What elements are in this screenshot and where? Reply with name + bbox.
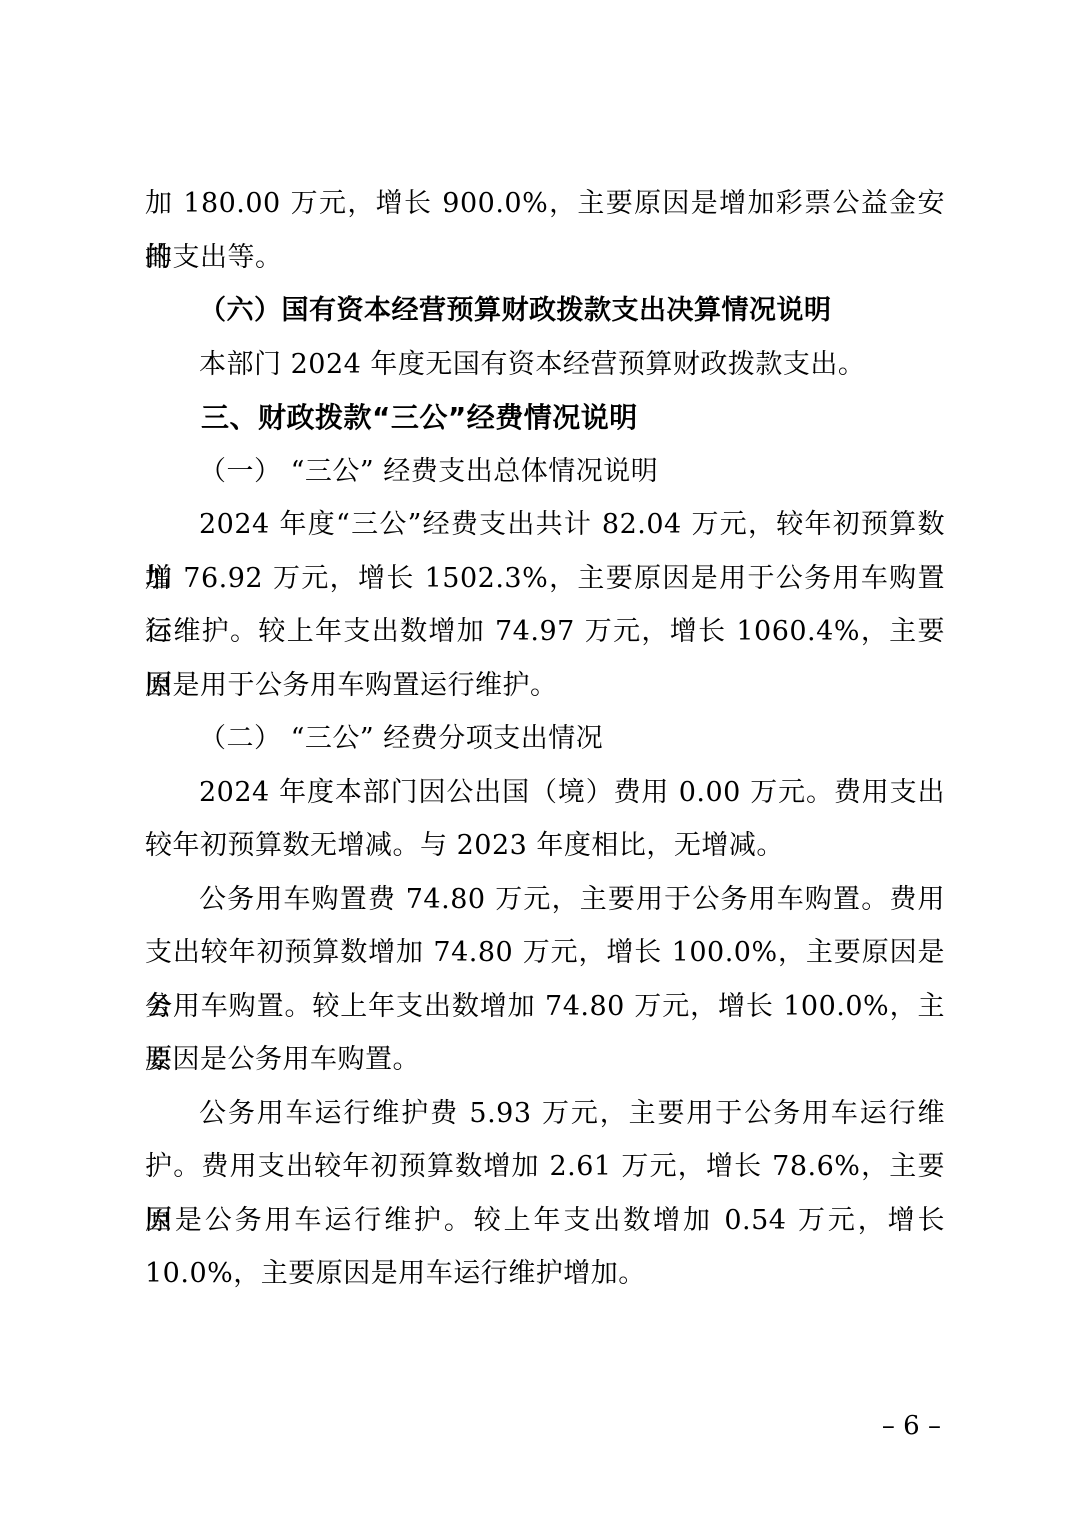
document-page: 加 180.00 万元，增长 900.0%，主要原因是增加彩票公益金安排的支出等…: [0, 0, 1075, 1520]
text-line: 三、财政拨款“三公”经费情况说明: [145, 391, 945, 445]
text-line: 因是公务用车运行维护。较上年支出数增加 0.54 万元，增长: [145, 1194, 945, 1248]
page-number: – 6 –: [882, 1410, 941, 1443]
text-line: 10.0%，主要原因是用车运行维护增加。: [145, 1247, 945, 1301]
text-line: 2024 年度“三公”经费支出共计 82.04 万元，较年初预算数增: [145, 498, 945, 552]
text-line: 加 76.92 万元，增长 1502.3%，主要原因是用于公务用车购置运: [145, 552, 945, 606]
text-line: 行维护。较上年支出数增加 74.97 万元，增长 1060.4%，主要原: [145, 605, 945, 659]
text-line: 公务用车购置费 74.80 万元，主要用于公务用车购置。费用: [145, 873, 945, 927]
text-line: 本部门 2024 年度无国有资本经营预算财政拨款支出。: [145, 338, 945, 392]
text-line: 的支出等。: [145, 231, 945, 285]
text-line: 因是用于公务用车购置运行维护。: [145, 659, 945, 713]
text-line: 2024 年度本部门因公出国（境）费用 0.00 万元。费用支出: [145, 766, 945, 820]
document-body: 加 180.00 万元，增长 900.0%，主要原因是增加彩票公益金安排的支出等…: [145, 177, 945, 1301]
text-line: 务用车购置。较上年支出数增加 74.80 万元，增长 100.0%，主要: [145, 980, 945, 1034]
text-line: 护。费用支出较年初预算数增加 2.61 万元，增长 78.6%，主要原: [145, 1140, 945, 1194]
text-line: （一） “三公” 经费支出总体情况说明: [145, 445, 945, 499]
text-line: （六）国有资本经营预算财政拨款支出决算情况说明: [145, 284, 945, 338]
text-line: 支出较年初预算数增加 74.80 万元，增长 100.0%，主要原因是公: [145, 926, 945, 980]
text-line: 较年初预算数无增减。与 2023 年度相比，无增减。: [145, 819, 945, 873]
text-line: 公务用车运行维护费 5.93 万元，主要用于公务用车运行维: [145, 1087, 945, 1141]
text-line: 原因是公务用车购置。: [145, 1033, 945, 1087]
text-line: （二） “三公” 经费分项支出情况: [145, 712, 945, 766]
text-line: 加 180.00 万元，增长 900.0%，主要原因是增加彩票公益金安排: [145, 177, 945, 231]
